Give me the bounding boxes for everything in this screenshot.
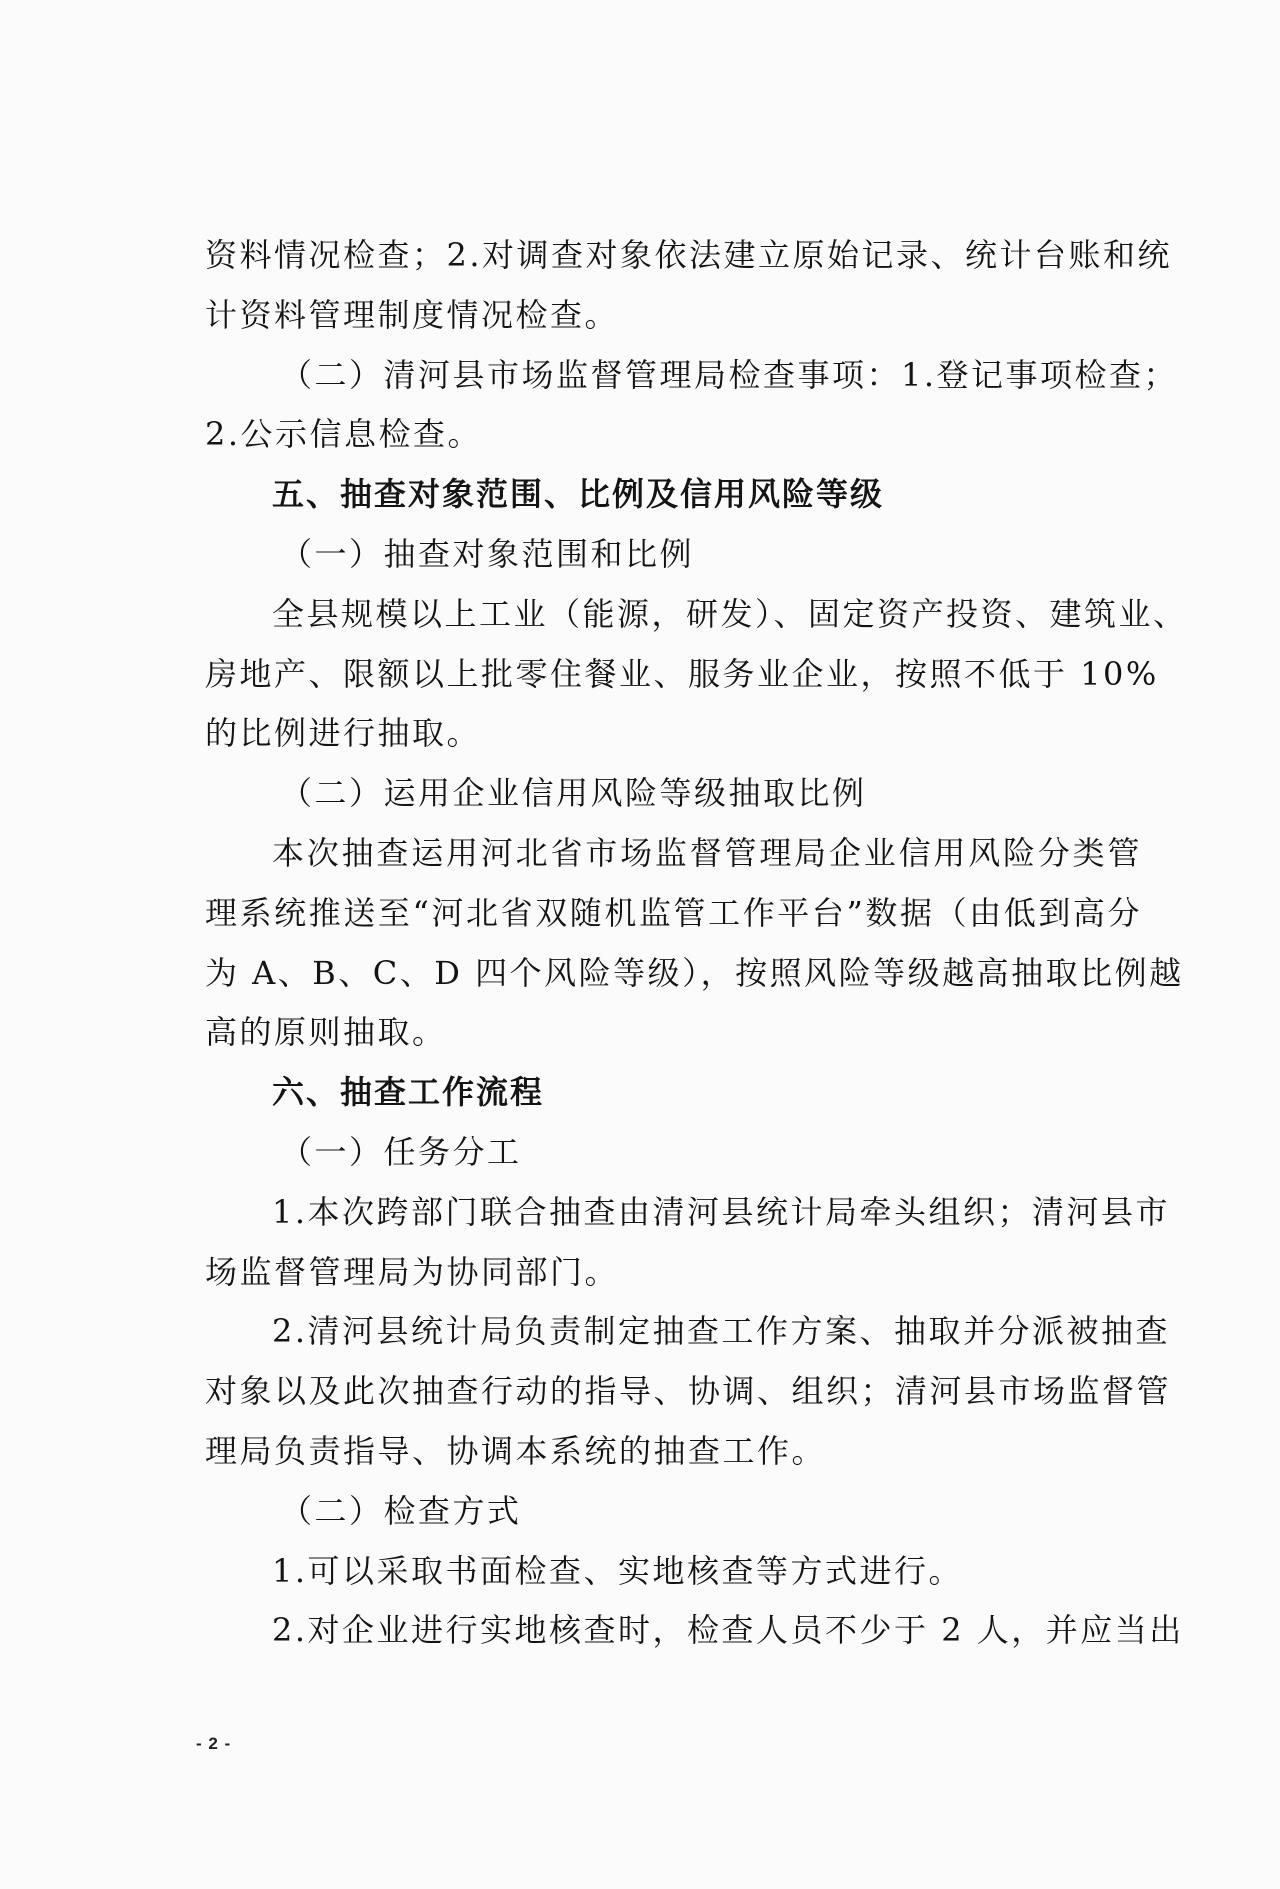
paragraph-line: 2.对企业进行实地核查时，检查人员不少于 2 人，并应当出 [272, 1606, 1142, 1654]
paragraph-line: 高的原则抽取。 [205, 1008, 1142, 1056]
paragraph-line: 房地产、限额以上批零住餐业、服务业企业，按照不低于 10% [205, 650, 1142, 698]
subsection-heading: （二）检查方式 [280, 1487, 1142, 1535]
section-heading: 六、抽查工作流程 [272, 1068, 1142, 1116]
section-heading: 五、抽查对象范围、比例及信用风险等级 [272, 470, 1142, 518]
paragraph-line: 2.清河县统计局负责制定抽查工作方案、抽取并分派被抽查 [272, 1307, 1142, 1355]
paragraph-line: 理局负责指导、协调本系统的抽查工作。 [205, 1427, 1142, 1475]
paragraph-line: 对象以及此次抽查行动的指导、协调、组织；清河县市场监督管 [205, 1367, 1142, 1415]
page-number: - 2 - [196, 1734, 231, 1754]
paragraph-line: 的比例进行抽取。 [205, 709, 1142, 757]
paragraph-line: 为 A、B、C、D 四个风险等级），按照风险等级越高抽取比例越 [205, 949, 1142, 997]
paragraph-line: 1.可以采取书面检查、实地核查等方式进行。 [272, 1547, 1142, 1595]
paragraph-line: 2.公示信息检查。 [205, 410, 1142, 458]
paragraph-line: 理系统推送至“河北省双随机监管工作平台”数据（由低到高分 [205, 889, 1142, 937]
document-page: 资料情况检查；2.对调查对象依法建立原始记录、统计台账和统计资料管理制度情况检查… [0, 0, 1280, 1889]
paragraph-line: 计资料管理制度情况检查。 [205, 291, 1142, 339]
paragraph-line: 本次抽查运用河北省市场监督管理局企业信用风险分类管 [272, 829, 1142, 877]
subsection-heading: （一）任务分工 [280, 1128, 1142, 1176]
subsection-heading: （一）抽查对象范围和比例 [280, 530, 1142, 578]
subsection-heading: （二）运用企业信用风险等级抽取比例 [280, 769, 1142, 817]
paragraph-line: 全县规模以上工业（能源，研发）、固定资产投资、建筑业、 [272, 590, 1142, 638]
paragraph-line: 资料情况检查；2.对调查对象依法建立原始记录、统计台账和统 [205, 231, 1142, 279]
subsection-heading: （二）清河县市场监督管理局检查事项：1.登记事项检查； [280, 351, 1142, 399]
paragraph-line: 场监督管理局为协同部门。 [205, 1248, 1142, 1296]
paragraph-line: 1.本次跨部门联合抽查由清河县统计局牵头组织；清河县市 [272, 1188, 1142, 1236]
